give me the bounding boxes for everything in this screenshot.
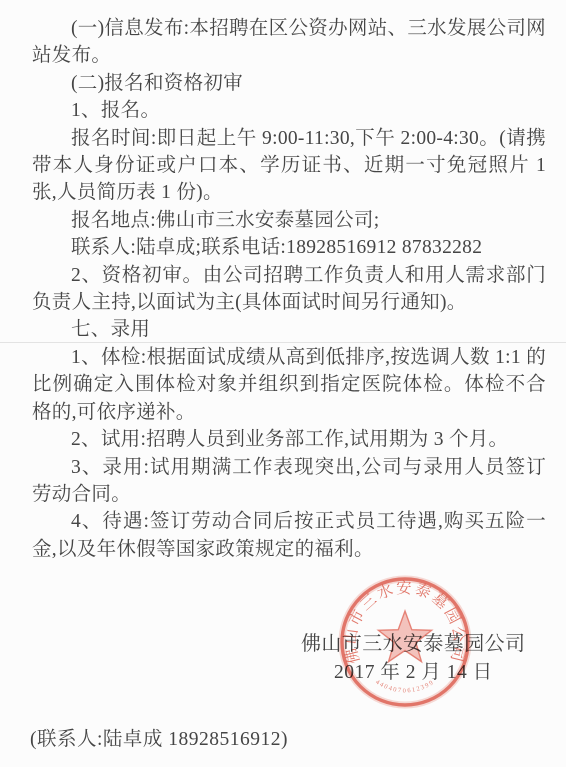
paragraph: 1、报名。 xyxy=(32,97,546,124)
seal-star-icon xyxy=(378,611,431,662)
footer-contact: (联系人:陆卓成 18928516912) xyxy=(30,723,288,751)
document-body: (一)信息发布:本招聘在区公资办网站、三水发展公司网站发布。 (二)报名和资格初… xyxy=(32,15,546,563)
svg-text:4404070612399: 4404070612399 xyxy=(374,679,436,695)
paragraph: 联系人:陆卓成;联系电话:18928516912 87832282 xyxy=(32,234,546,261)
paragraph: 1、体检:根据面试成绩从高到低排序,按选调人数 1:1 的比例确定入围体检对象并… xyxy=(32,344,546,426)
official-seal-stamp: 佛山市三水安泰墓园公司 4404070612399 xyxy=(338,573,472,710)
paragraph: (一)信息发布:本招聘在区公资办网站、三水发展公司网站发布。 xyxy=(32,15,546,70)
paragraph: 4、待遇:签订劳动合同后按正式员工待遇,购买五险一金,以及年休假等国家政策规定的… xyxy=(32,508,546,563)
document-page: (一)信息发布:本招聘在区公资办网站、三水发展公司网站发布。 (二)报名和资格初… xyxy=(0,0,566,767)
paragraph: 七、录用 xyxy=(32,316,546,343)
paragraph: 报名地点:佛山市三水安泰墓园公司; xyxy=(32,207,546,234)
paragraph: 3、录用:试用期满工作表现突出,公司与录用人员签订劳动合同。 xyxy=(32,454,546,509)
paragraph: 报名时间:即日起上午 9:00-11:30,下午 2:00-4:30。(请携带本… xyxy=(32,125,546,207)
seal-number: 4404070612399 xyxy=(374,679,436,695)
paragraph: 2、试用:招聘人员到业务部工作,试用期为 3 个月。 xyxy=(32,426,546,453)
scan-artifact-line xyxy=(0,342,566,343)
paragraph: (二)报名和资格初审 xyxy=(32,70,546,97)
paragraph: 2、资格初审。由公司招聘工作负责人和用人需求部门负责人主持,以面试为主(具体面试… xyxy=(32,262,546,317)
